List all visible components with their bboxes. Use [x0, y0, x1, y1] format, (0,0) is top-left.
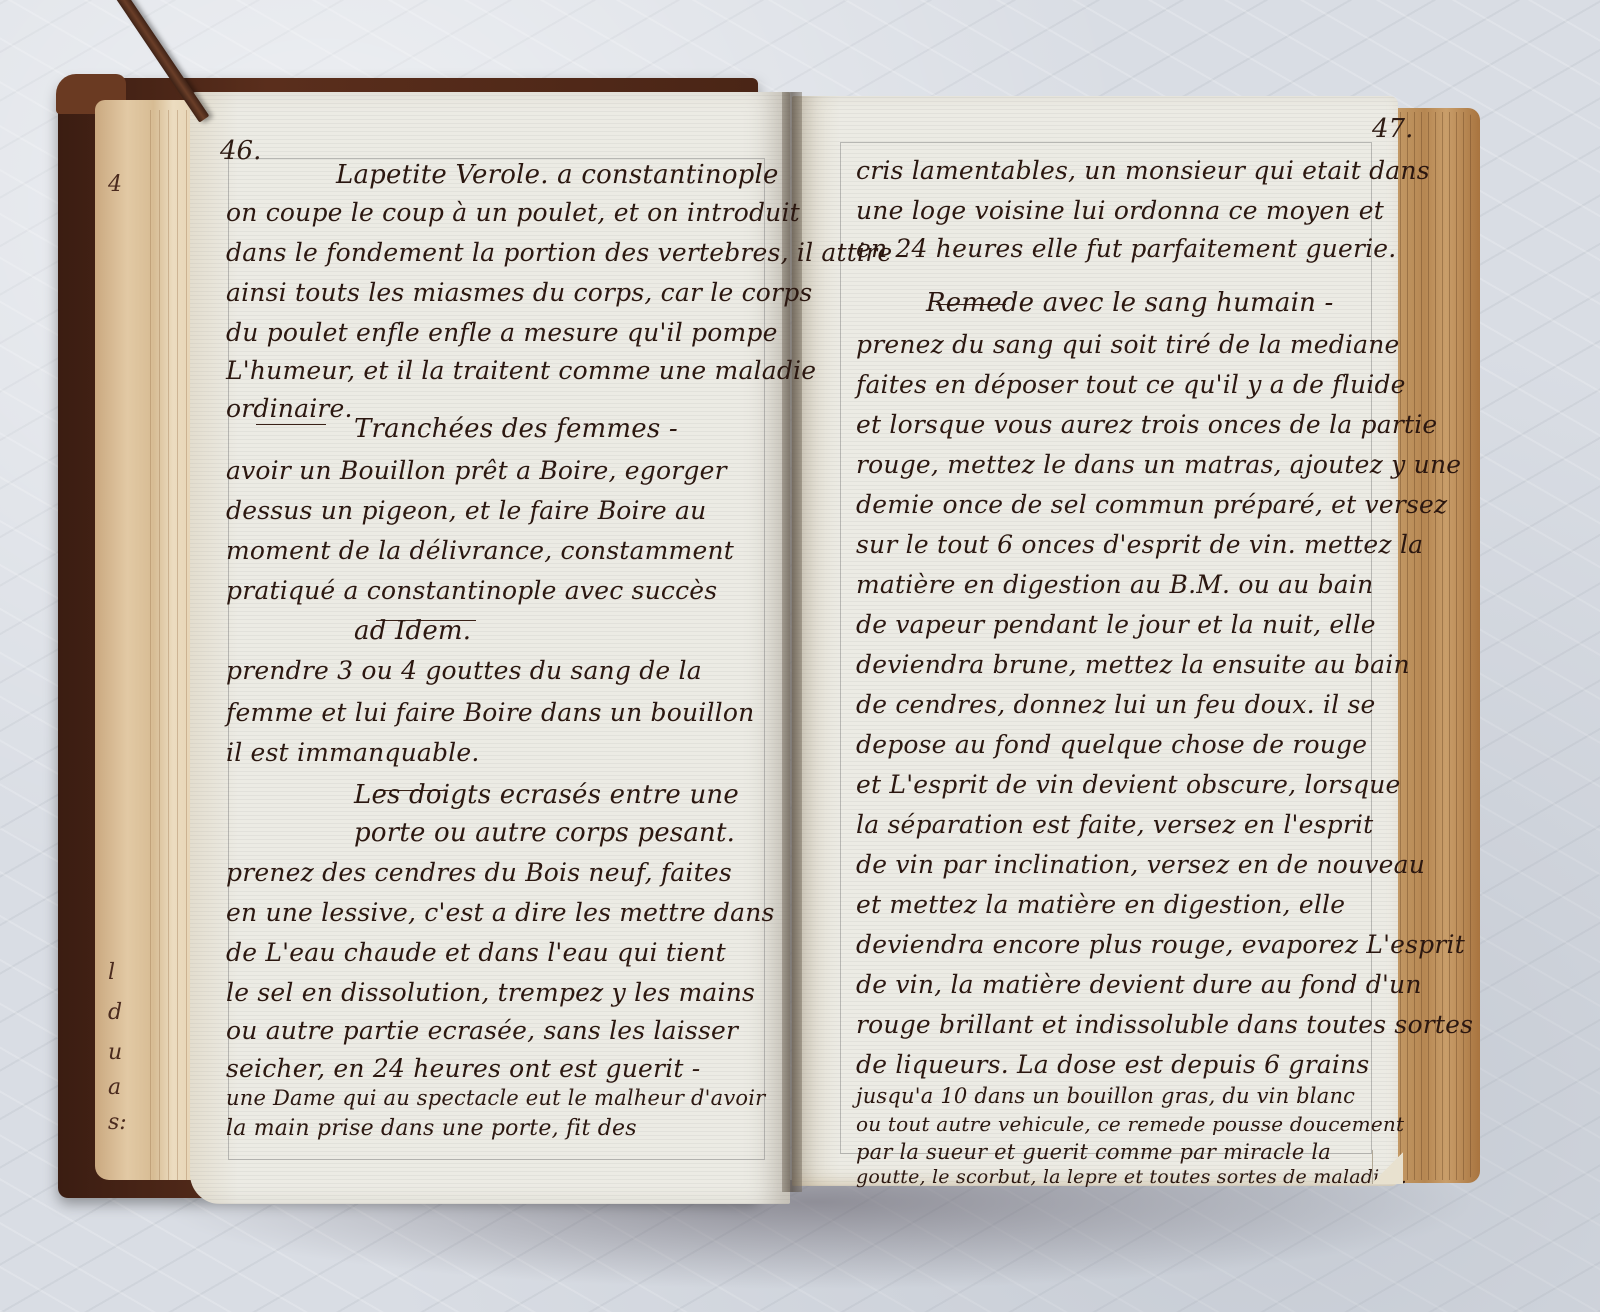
text-line: il est immanquable. [226, 738, 480, 767]
text-line: faites en déposer tout ce qu'il y a de f… [856, 370, 1406, 399]
text-line: et L'esprit de vin devient obscure, lors… [856, 770, 1401, 799]
text-line: deviendra encore plus rouge, evaporez L'… [856, 930, 1465, 959]
fragment: u [108, 1040, 122, 1065]
text-line: et mettez la matière en digestion, elle [856, 890, 1345, 919]
text-line: de cendres, donnez lui un feu doux. il s… [856, 690, 1375, 719]
heading-remede-sang-humain: Remede avec le sang humain - [926, 288, 1334, 318]
section-divider [256, 424, 326, 425]
text-line: cris lamentables, un monsieur qui etait … [856, 156, 1430, 185]
text-line: ainsi touts les miasmes du corps, car le… [226, 278, 812, 307]
text-line: seicher, en 24 heures ont est guerit - [226, 1054, 700, 1083]
text-line: prendre 3 ou 4 gouttes du sang de la [226, 656, 702, 685]
text-line: en 24 heures elle fut parfaitement gueri… [856, 234, 1396, 263]
heading-doigts-ecrases-cont: porte ou autre corps pesant. [354, 818, 735, 848]
text-line: dessus un pigeon, et le faire Boire au [226, 496, 706, 525]
text-line: en une lessive, c'est a dire les mettre … [226, 898, 775, 927]
text-line: pratiqué a constantinople avec succès [226, 576, 717, 605]
text-line: par la sueur et guerit comme par miracle… [856, 1140, 1331, 1164]
text-line: deviendra brune, mettez la ensuite au ba… [856, 650, 1410, 679]
text-line: de L'eau chaude et dans l'eau qui tient [226, 938, 726, 967]
text-line: de vin, la matière devient dure au fond … [856, 970, 1422, 999]
text-line: jusqu'a 10 dans un bouillon gras, du vin… [856, 1084, 1355, 1108]
text-line: goutte, le scorbut, la lepre et toutes s… [856, 1166, 1407, 1188]
text-line: on coupe le coup à un poulet, et on intr… [226, 198, 800, 227]
text-line: depose au fond quelque chose de rouge [856, 730, 1367, 759]
fragment: d [108, 1000, 122, 1025]
heading-ad-idem: ad Idem. [354, 616, 471, 646]
fragment: 4 [108, 172, 122, 197]
previous-page-fragments: 4 l d u a s: [108, 160, 148, 1160]
text-line: sur le tout 6 onces d'esprit de vin. met… [856, 530, 1423, 559]
text-line: une Dame qui au spectacle eut le malheur… [226, 1086, 765, 1110]
page-corner-fold [1372, 1150, 1403, 1184]
text-line: moment de la délivrance, constamment [226, 536, 734, 565]
text-line: ou tout autre vehicule, ce remede pousse… [856, 1112, 1404, 1136]
text-line: prenez des cendres du Bois neuf, faites [226, 858, 732, 887]
text-line: rouge brillant et indissoluble dans tout… [856, 1010, 1473, 1039]
text-line: et lorsque vous aurez trois onces de la … [856, 410, 1437, 439]
page-number-right: 47. [1372, 114, 1413, 144]
text-line: ordinaire. [226, 394, 353, 423]
text-line: du poulet enfle enfle a mesure qu'il pom… [226, 318, 778, 347]
fragment: s: [108, 1110, 127, 1135]
text-line: le sel en dissolution, trempez y les mai… [226, 978, 755, 1007]
text-line: la séparation est faite, versez en l'esp… [856, 810, 1373, 839]
text-line: de liqueurs. La dose est depuis 6 grains [856, 1050, 1369, 1079]
text-line: de vin par inclination, versez en de nou… [856, 850, 1425, 879]
fragment: l [108, 960, 115, 985]
text-line: une loge voisine lui ordonna ce moyen et [856, 196, 1384, 225]
text-line: L'humeur, et il la traitent comme une ma… [226, 356, 816, 385]
text-line: de vapeur pendant le jour et la nuit, el… [856, 610, 1376, 639]
text-line: matière en digestion au B.M. ou au bain [856, 570, 1373, 599]
fragment: a [108, 1075, 121, 1100]
text-line: demie once de sel commun préparé, et ver… [856, 490, 1447, 519]
text-line: la main prise dans une porte, fit des [226, 1116, 637, 1141]
heading-tranchees: Tranchées des femmes - [354, 414, 678, 444]
text-line: prenez du sang qui soit tiré de la media… [856, 330, 1400, 359]
text-line: ou autre partie ecrasée, sans les laisse… [226, 1016, 738, 1045]
text-line: dans le fondement la portion des vertebr… [226, 238, 892, 267]
page-number-left: 46. [220, 136, 261, 166]
heading-doigts-ecrases: Les doigts ecrasés entre une [354, 780, 739, 810]
heading-petite-verole: Lapetite Verole. a constantinople [336, 160, 779, 190]
text-line: femme et lui faire Boire dans un bouillo… [226, 698, 754, 727]
text-line: rouge, mettez le dans un matras, ajoutez… [856, 450, 1461, 479]
text-line: avoir un Bouillon prêt a Boire, egorger [226, 456, 727, 485]
